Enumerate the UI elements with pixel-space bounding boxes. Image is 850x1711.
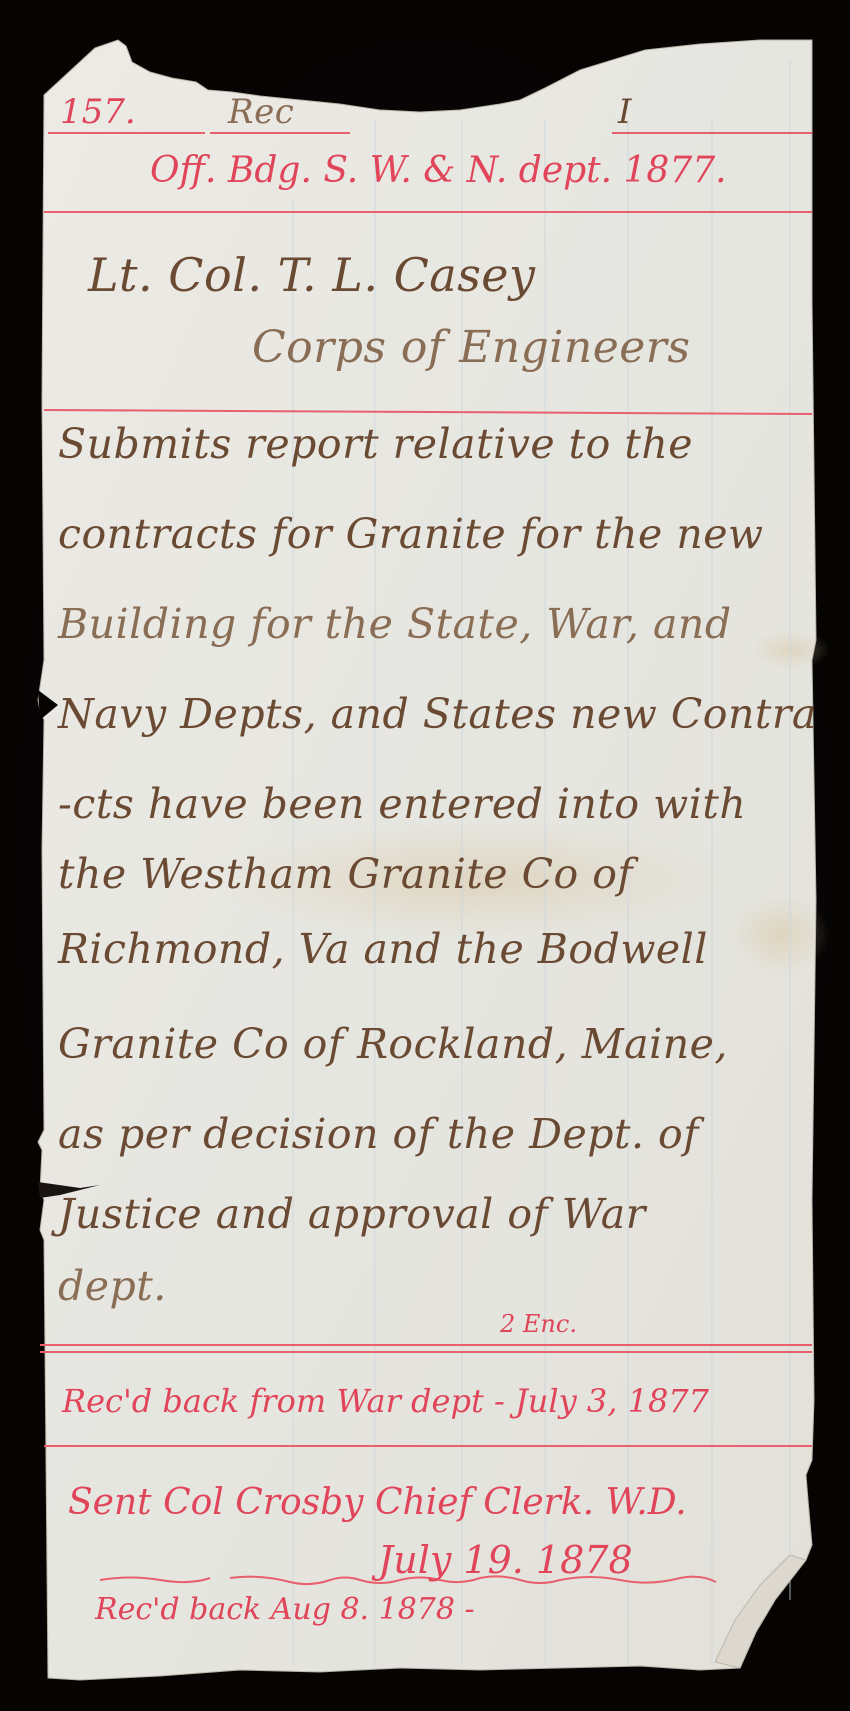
body-line-8: Granite Co of Rockland, Maine, [58,1020,728,1068]
body-line-4: Navy Depts, and States new Contra [58,690,817,738]
body-line-2: contracts for Granite for the new [58,510,764,558]
page-mark: I [618,92,632,132]
torn-header-fragment: Rec [228,92,294,132]
subject-line: Off. Bdg. S. W. & N. dept. 1877. [150,150,727,191]
body-line-9: as per decision of the Dept. of [58,1110,699,1158]
document-viewer: 157. Rec I Off. Bdg. S. W. & N. dept. 18… [0,0,850,1711]
body-line-6: the Westham Granite Co of [58,850,633,898]
annotation-sent-col-crosby: Sent Col Crosby Chief Clerk. W.D. [68,1482,687,1523]
annotation-date-1878: July 19. 1878 [378,1538,633,1582]
annotation-received-back-aug-1878: Rec'd back Aug 8. 1878 - [95,1592,475,1627]
body-line-11: dept. [58,1262,167,1310]
body-line-5: -cts have been entered into with [58,780,746,828]
author-unit: Corps of Engineers [252,322,690,373]
body-line-3: Building for the State, War, and [58,600,732,648]
register-number: 157. [60,92,136,132]
author-name: Lt. Col. T. L. Casey [88,248,536,302]
body-line-1: Submits report relative to the [58,420,693,468]
body-line-10: Justice and approval of War [58,1190,646,1238]
enclosures-note: 2 Enc. [500,1310,577,1338]
body-line-7: Richmond, Va and the Bodwell [58,925,708,973]
annotation-received-back-1877: Rec'd back from War dept - July 3, 1877 [62,1382,709,1420]
